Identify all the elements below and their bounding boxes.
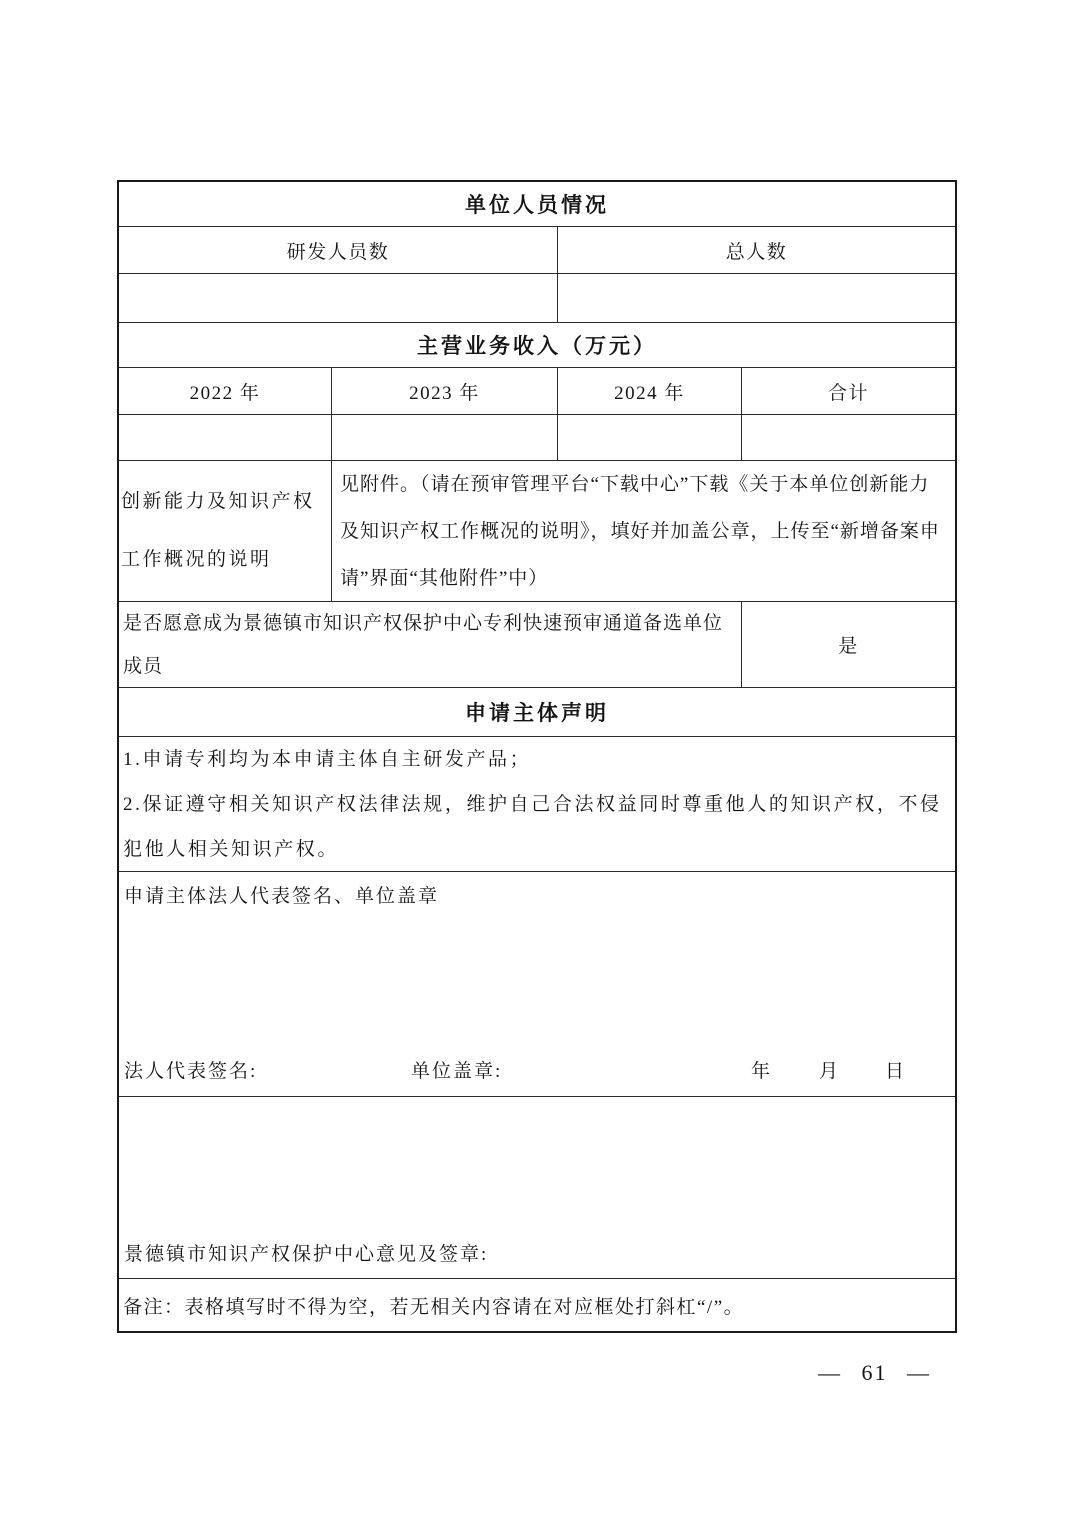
total-staff-label: 总人数 bbox=[558, 227, 955, 273]
personnel-section-title: 单位人员情况 bbox=[119, 182, 955, 226]
declaration-section-title: 申请主体声明 bbox=[119, 688, 955, 736]
signature-note: 申请主体法人代表签名、单位盖章 bbox=[119, 872, 439, 908]
application-form-table: 单位人员情况 研发人员数 总人数 主营业务收入（万元） 2022 年 2023 … bbox=[117, 180, 957, 1333]
backup-member-answer: 是 bbox=[742, 602, 955, 687]
revenue-value-2022-cell bbox=[119, 415, 332, 460]
signature-line: 法人代表签名: 单位盖章: 年 月 日 bbox=[119, 1056, 955, 1084]
declaration-item-1: 1.申请专利均为本申请主体自主研发产品； bbox=[123, 737, 951, 782]
revenue-section-title: 主营业务收入（万元） bbox=[119, 323, 955, 367]
revenue-value-total-cell bbox=[742, 415, 955, 460]
declaration-items-cell: 1.申请专利均为本申请主体自主研发产品； 2.保证遵守相关知识产权法律法规，维护… bbox=[119, 737, 955, 871]
document-page: 单位人员情况 研发人员数 总人数 主营业务收入（万元） 2022 年 2023 … bbox=[0, 0, 1074, 1520]
innovation-overview-content: 见附件。（请在预审管理平台“下载中心”下载《关于本单位创新能力及知识产权工作概况… bbox=[332, 461, 955, 601]
year-label: 年 bbox=[751, 1056, 772, 1083]
revenue-value-2024-cell bbox=[558, 415, 742, 460]
month-label: 月 bbox=[819, 1056, 840, 1083]
legal-rep-signature-label: 法人代表签名: bbox=[124, 1056, 257, 1083]
innovation-overview-label: 创新能力及知识产权工作概况的说明 bbox=[119, 461, 332, 601]
unit-seal-label: 单位盖章: bbox=[411, 1056, 502, 1083]
rd-staff-value-cell bbox=[119, 274, 558, 322]
form-note: 备注：表格填写时不得为空，若无相关内容请在对应框处打斜杠“/”。 bbox=[119, 1279, 955, 1331]
total-staff-value-cell bbox=[558, 274, 955, 322]
revenue-col-2023: 2023 年 bbox=[332, 368, 558, 414]
declaration-item-2: 2.保证遵守相关知识产权法律法规，维护自己合法权益同时尊重他人的知识产权，不侵犯… bbox=[123, 782, 951, 872]
day-label: 日 bbox=[885, 1056, 906, 1083]
revenue-value-2023-cell bbox=[332, 415, 558, 460]
revenue-col-total: 合计 bbox=[742, 368, 955, 414]
backup-member-question: 是否愿意成为景德镇市知识产权保护中心专利快速预审通道备选单位成员 bbox=[119, 602, 742, 687]
center-opinion-cell: 景德镇市知识产权保护中心意见及签章: bbox=[119, 1097, 955, 1278]
revenue-col-2022: 2022 年 bbox=[119, 368, 332, 414]
rd-staff-label: 研发人员数 bbox=[119, 227, 558, 273]
signature-cell: 申请主体法人代表签名、单位盖章 法人代表签名: 单位盖章: 年 月 日 bbox=[119, 872, 955, 1096]
revenue-col-2024: 2024 年 bbox=[558, 368, 742, 414]
page-number: — 61 — bbox=[818, 1360, 931, 1386]
